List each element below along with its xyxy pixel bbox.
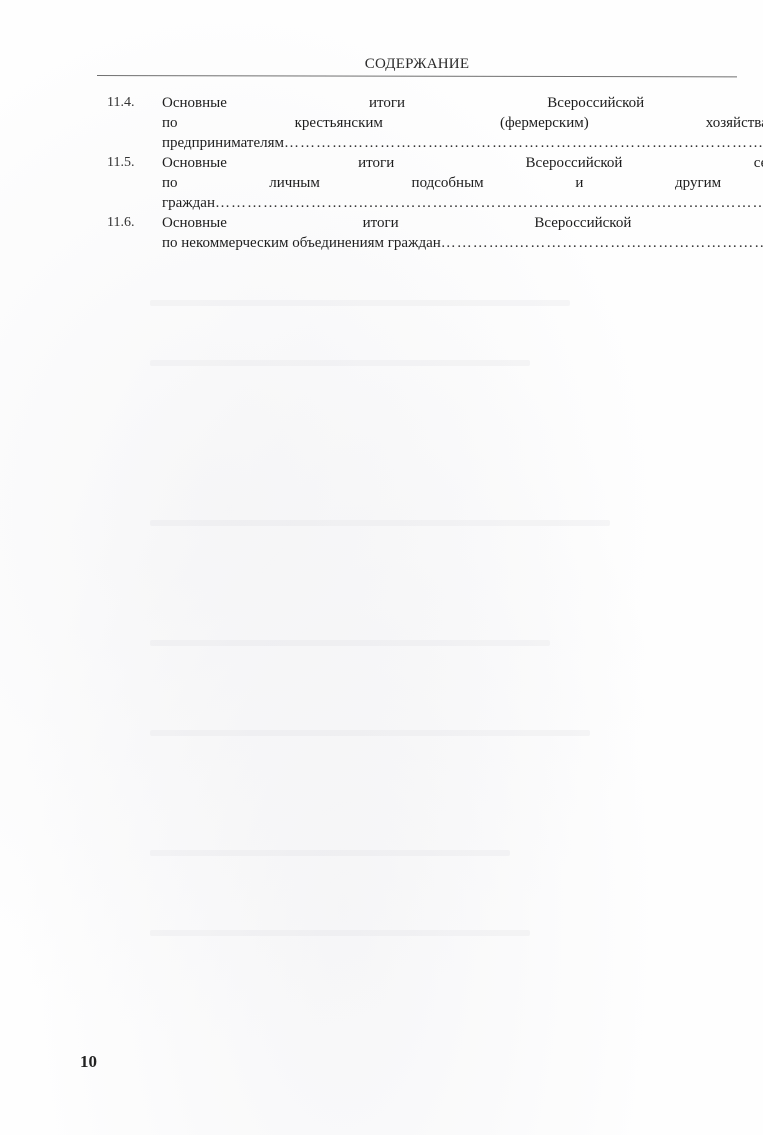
toc-entry-last-text: по некоммерческим объединениям граждан bbox=[162, 233, 441, 253]
table-of-contents: 11.4.Основные итоги Всероссийской сельск… bbox=[107, 93, 733, 253]
toc-entry-line: Основные итоги Всероссийской сельскохозя… bbox=[162, 153, 763, 173]
bleed-through-mark bbox=[150, 640, 550, 646]
bleed-through-mark bbox=[150, 360, 530, 366]
bleed-through-mark bbox=[150, 730, 590, 736]
toc-entry-line: по личным подсобным и другим индивидуаль… bbox=[162, 173, 763, 193]
toc-entry-last-line: по некоммерческим объединениям граждан……… bbox=[162, 233, 763, 253]
toc-entry-title: Основные итоги Всероссийской сельскохозя… bbox=[162, 93, 763, 153]
toc-entry-number: 11.6. bbox=[107, 213, 162, 253]
toc-entry-last-text: предпринимателям bbox=[162, 133, 284, 153]
dot-leader: …………………………………………………………………………………………………………… bbox=[284, 133, 763, 153]
toc-entry-number: 11.5. bbox=[107, 153, 162, 213]
toc-entry-last-line: граждан………………………..…………………………………………………………… bbox=[162, 193, 763, 213]
page-number: 10 bbox=[80, 1052, 97, 1072]
bleed-through-mark bbox=[150, 850, 510, 856]
toc-entry: 11.5.Основные итоги Всероссийской сельск… bbox=[107, 153, 733, 213]
toc-entry-title: Основные итоги Всероссийской сельскохозя… bbox=[162, 153, 763, 213]
toc-entry-last-text: граждан bbox=[162, 193, 215, 213]
dot-leader: …………..…………………………………………………………………………………………… bbox=[441, 233, 763, 253]
document-page: СОДЕРЖАНИЕ 11.4.Основные итоги Всероссий… bbox=[0, 0, 763, 1135]
header-rule bbox=[97, 75, 737, 77]
toc-entry-title: Основные итоги Всероссийской сельскохозя… bbox=[162, 213, 763, 253]
toc-entry: 11.4.Основные итоги Всероссийской сельск… bbox=[107, 93, 733, 153]
toc-entry-line: по крестьянским (фермерским) хозяйствам … bbox=[162, 113, 763, 133]
toc-entry-line: Основные итоги Всероссийской сельскохозя… bbox=[162, 93, 763, 113]
running-header: СОДЕРЖАНИЕ bbox=[97, 56, 737, 73]
bleed-through-mark bbox=[150, 930, 530, 936]
toc-entry-number: 11.4. bbox=[107, 93, 162, 153]
toc-entry-last-line: предпринимателям………………………………………………………………… bbox=[162, 133, 763, 153]
bleed-through-mark bbox=[150, 520, 610, 526]
toc-entry-line: Основные итоги Всероссийской сельскохозя… bbox=[162, 213, 763, 233]
bleed-through-mark bbox=[150, 300, 570, 306]
dot-leader: ………………………..……………………………………………………………………………… bbox=[215, 193, 763, 213]
toc-entry: 11.6.Основные итоги Всероссийской сельск… bbox=[107, 213, 733, 253]
